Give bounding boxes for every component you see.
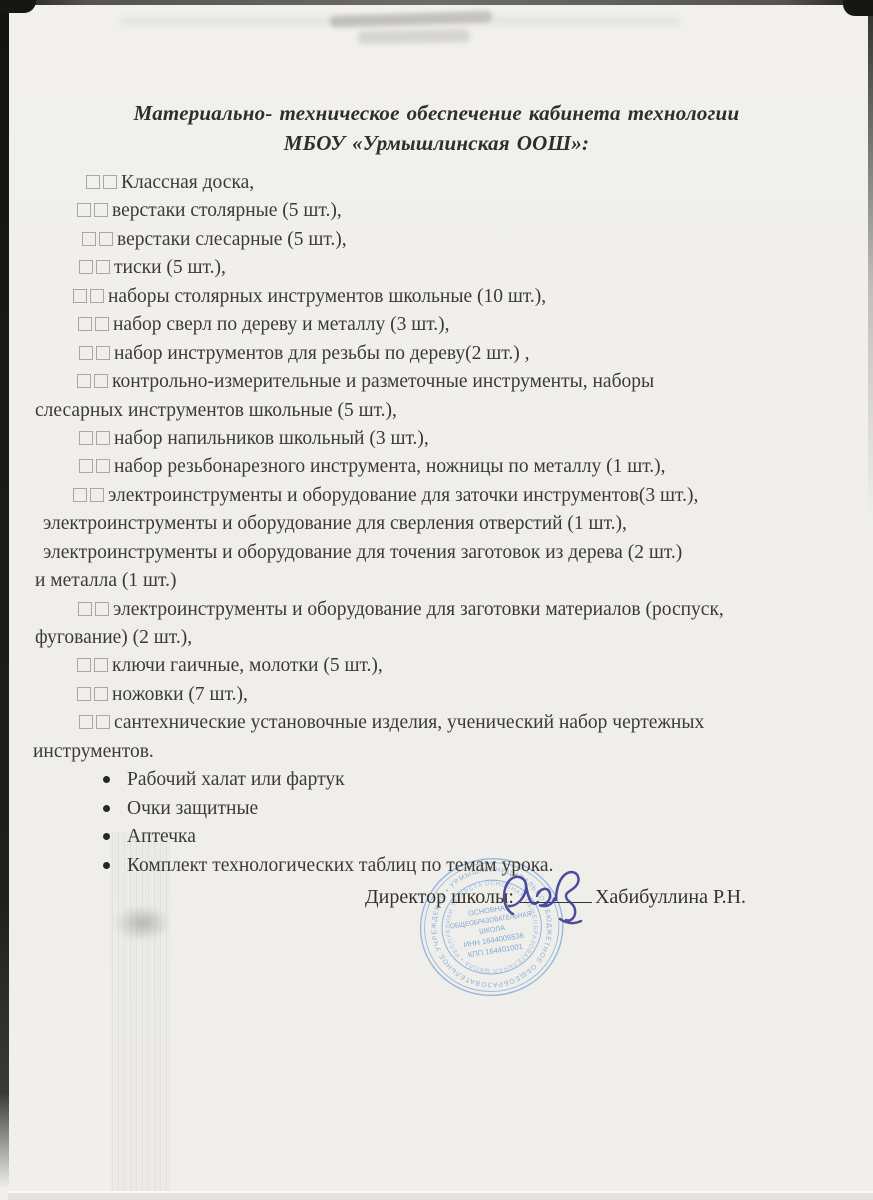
empty-checkbox-icon <box>78 317 92 331</box>
empty-checkbox-icon <box>78 602 92 616</box>
scan-edge-right <box>868 0 873 520</box>
list-item: сантехнические установочные изделия, уче… <box>0 709 873 737</box>
list-item: слесарных инструментов школьные (5 шт.), <box>0 397 873 425</box>
list-item-text: и металла (1 шт.) <box>35 570 176 591</box>
scan-smudge-streaks <box>112 832 172 1194</box>
bullet-item-text: Очки защитные <box>127 798 258 819</box>
bullet-item: Очки защитные <box>0 795 873 823</box>
list-item: ножовки (7 шт.), <box>0 681 873 709</box>
list-item: ключи гаичные, молотки (5 шт.), <box>0 652 873 680</box>
list-item-text: верстаки слесарные (5 шт.), <box>117 229 347 250</box>
director-label: Директор школы: <box>365 886 514 908</box>
list-item: набор сверл по дереву и металлу (3 шт.), <box>0 311 873 339</box>
list-item-text: слесарных инструментов школьные (5 шт.), <box>35 400 397 421</box>
empty-checkbox-icon <box>103 175 117 189</box>
empty-checkbox-icon <box>90 488 104 502</box>
empty-checkbox-icon <box>79 260 93 274</box>
list-item-text: верстаки столярные (5 шт.), <box>112 200 342 221</box>
list-item: верстаки столярные (5 шт.), <box>0 197 873 225</box>
list-item-text: электроинструменты и оборудование для св… <box>43 513 627 534</box>
list-item: электроинструменты и оборудование для то… <box>0 539 873 567</box>
list-item-text: набор резьбонарезного инструмента, ножни… <box>114 456 666 477</box>
list-item-text: фугование) (2 шт.), <box>35 627 192 648</box>
page-title: Материально- техническое обеспечение каб… <box>0 99 873 158</box>
list-item: набор резьбонарезного инструмента, ножни… <box>0 453 873 481</box>
empty-checkbox-icon <box>94 203 108 217</box>
equipment-list: Классная доска, верстаки столярные (5 шт… <box>0 169 873 880</box>
bullet-item-text: Рабочий халат или фартук <box>127 769 345 790</box>
bullet-icon <box>103 805 110 812</box>
empty-checkbox-icon <box>94 687 108 701</box>
list-item-text: электроинструменты и оборудование для за… <box>113 599 724 620</box>
empty-checkbox-icon <box>95 602 109 616</box>
scan-corner-top-right <box>843 0 873 16</box>
list-item-text: ключи гаичные, молотки (5 шт.), <box>112 655 383 676</box>
bullet-icon <box>103 776 110 783</box>
list-item-text: тиски (5 шт.), <box>114 257 226 278</box>
list-item-text: Классная доска, <box>121 172 254 193</box>
list-item: и металла (1 шт.) <box>0 567 873 595</box>
list-item: набор инструментов для резьбы по дереву(… <box>0 340 873 368</box>
empty-checkbox-icon <box>96 260 110 274</box>
bullet-item: Рабочий халат или фартук <box>0 766 873 794</box>
list-item-text: электроинструменты и оборудование для за… <box>108 485 698 506</box>
empty-checkbox-icon <box>94 658 108 672</box>
list-item-text: набор напильников школьный (3 шт.), <box>114 428 429 449</box>
signature-scribble <box>498 869 592 933</box>
scan-corner-top-left <box>0 0 36 13</box>
list-item: Классная доска, <box>0 169 873 197</box>
empty-checkbox-icon <box>79 431 93 445</box>
page-title-line2: МБОУ «Урмышлинская ООШ»: <box>0 129 873 159</box>
empty-checkbox-icon <box>95 317 109 331</box>
list-item: электроинструменты и оборудование для за… <box>0 482 873 510</box>
list-item-text: наборы столярных инструментов школьные (… <box>108 286 546 307</box>
list-item-text: электроинструменты и оборудование для то… <box>43 542 682 563</box>
empty-checkbox-icon <box>77 687 91 701</box>
page-title-line1: Материально- техническое обеспечение каб… <box>0 99 873 129</box>
empty-checkbox-icon <box>73 289 87 303</box>
list-item-text: набор сверл по дереву и металлу (3 шт.), <box>113 314 450 335</box>
empty-checkbox-icon <box>79 715 93 729</box>
empty-checkbox-icon <box>90 289 104 303</box>
bullet-icon <box>103 833 110 840</box>
scan-smudge-blob <box>114 905 170 941</box>
list-item: верстаки слесарные (5 шт.), <box>0 226 873 254</box>
list-item: инструментов. <box>0 738 873 766</box>
director-name: Хабибуллина Р.Н. <box>595 886 746 908</box>
list-item-text: набор инструментов для резьбы по дереву(… <box>114 343 529 364</box>
empty-checkbox-icon <box>82 232 96 246</box>
list-item-text: контрольно-измерительные и разметочные и… <box>112 371 654 392</box>
empty-checkbox-icon <box>96 459 110 473</box>
scan-edge-left <box>0 0 9 1188</box>
empty-checkbox-icon <box>79 346 93 360</box>
empty-checkbox-icon <box>96 715 110 729</box>
empty-checkbox-icon <box>77 203 91 217</box>
bullet-icon <box>103 862 110 869</box>
list-item: наборы столярных инструментов школьные (… <box>0 283 873 311</box>
list-item: набор напильников школьный (3 шт.), <box>0 425 873 453</box>
empty-checkbox-icon <box>86 175 100 189</box>
empty-checkbox-icon <box>94 374 108 388</box>
list-item-text: сантехнические установочные изделия, уче… <box>114 712 704 733</box>
list-item: контрольно-измерительные и разметочные и… <box>0 368 873 396</box>
empty-checkbox-icon <box>77 374 91 388</box>
list-item: электроинструменты и оборудование для св… <box>0 510 873 538</box>
bullet-item: Аптечка <box>0 823 873 851</box>
empty-checkbox-icon <box>73 488 87 502</box>
scan-edge-top <box>0 0 873 5</box>
scanned-document-page: Материально- техническое обеспечение каб… <box>0 0 873 1200</box>
empty-checkbox-icon <box>79 459 93 473</box>
scan-edge-bottom <box>8 1193 873 1200</box>
list-item-text: ножовки (7 шт.), <box>112 684 248 705</box>
bleed-through-smudge <box>358 29 470 44</box>
list-item: тиски (5 шт.), <box>0 254 873 282</box>
bullet-item: Комплект технологических таблиц по темам… <box>0 852 873 880</box>
empty-checkbox-icon <box>96 431 110 445</box>
bullet-item-text: Комплект технологических таблиц по темам… <box>127 855 553 876</box>
empty-checkbox-icon <box>99 232 113 246</box>
empty-checkbox-icon <box>96 346 110 360</box>
list-item-text: инструментов. <box>33 741 154 762</box>
bullet-item-text: Аптечка <box>127 826 196 847</box>
list-item: электроинструменты и оборудование для за… <box>0 596 873 624</box>
list-item: фугование) (2 шт.), <box>0 624 873 652</box>
empty-checkbox-icon <box>77 658 91 672</box>
